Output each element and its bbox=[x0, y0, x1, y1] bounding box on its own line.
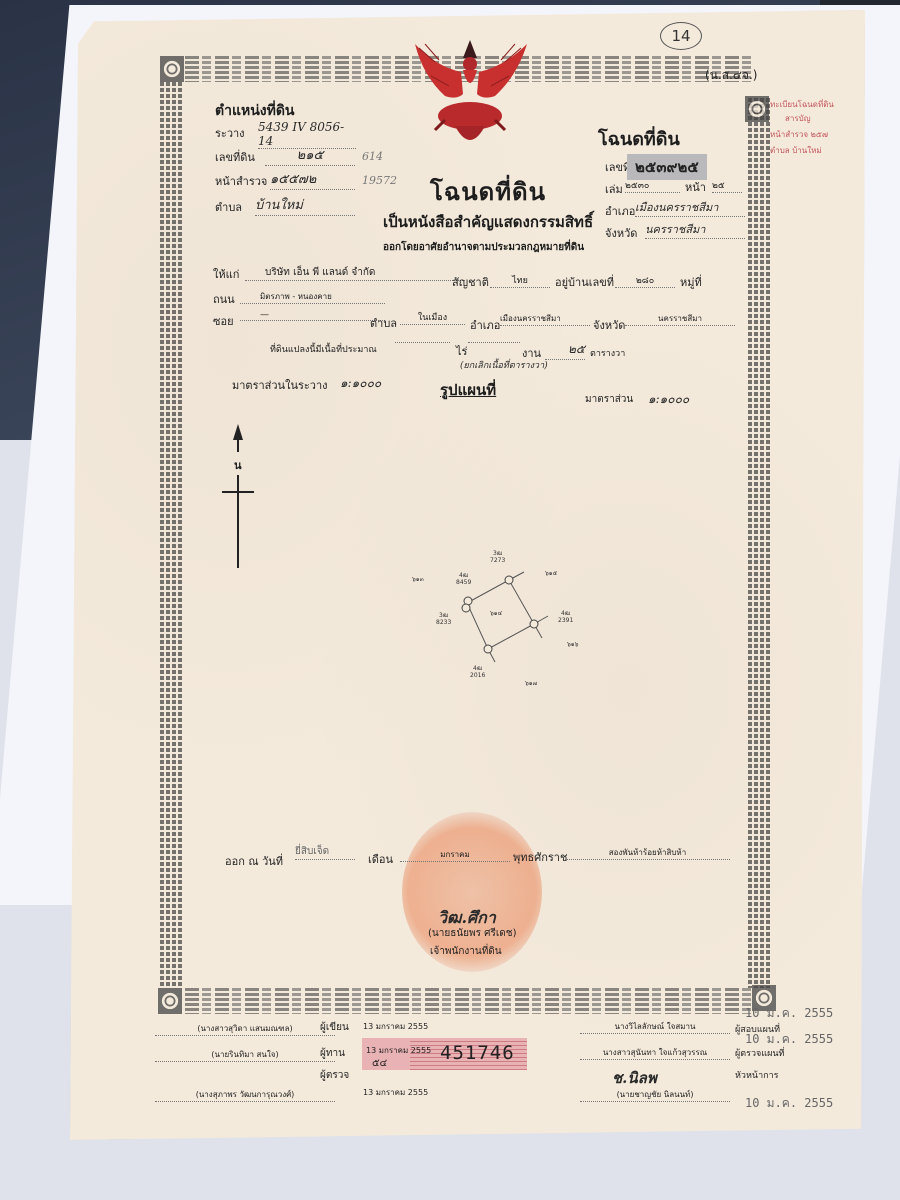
area-note: (ยกเลิกเนื้อที่ตารางวา) bbox=[460, 358, 548, 372]
owner-to-label: ให้แก่ bbox=[213, 265, 239, 283]
parcel-no-label: เลขที่ดิน bbox=[215, 148, 255, 166]
issue-day: ยี่สิบเจ็ด bbox=[295, 844, 355, 860]
scale-left-value: ๑:๑๐๐๐ bbox=[340, 374, 381, 393]
border-left bbox=[160, 82, 184, 987]
parcel-no-value: ๒๑๕ bbox=[265, 144, 355, 166]
map-marker-label: 4ฒ8459 bbox=[456, 572, 471, 586]
house-no-label: อยู่บ้านเลขที่ bbox=[555, 273, 614, 291]
province-owner-label: จังหวัด bbox=[593, 316, 625, 334]
document-subtitle: เป็นหนังสือสำคัญแสดงกรรมสิทธิ์ bbox=[383, 210, 593, 234]
map-checker-stamp: 10 ม.ค. 2555 bbox=[745, 1004, 833, 1023]
issue-year-label: พุทธศักราช bbox=[513, 848, 567, 866]
nationality-value: ไทย bbox=[490, 273, 550, 288]
reviewer-role: ผู้ทาน bbox=[320, 1046, 345, 1061]
province-label: จังหวัด bbox=[605, 224, 637, 242]
serial-prefix: ๕๔ bbox=[372, 1056, 387, 1071]
owner-name: บริษัท เอ็น พี แลนด์ จำกัด bbox=[245, 265, 465, 281]
serial-number: 451746 bbox=[440, 1042, 515, 1064]
volume-value: ๒๕๓๐ bbox=[625, 178, 680, 193]
district-owner-label: อำเภอ bbox=[470, 316, 500, 334]
province-owner-value: นครราชสีมา bbox=[625, 312, 735, 326]
soi-label: ซอย bbox=[213, 312, 234, 330]
border-bottom bbox=[185, 988, 755, 1014]
area-label: ที่ดินแปลงนี้มีเนื้อที่ประมาณ bbox=[270, 342, 377, 356]
inspector-role: ผู้ตรวจ bbox=[320, 1068, 349, 1083]
house-no-value: ๒๘๐ bbox=[615, 273, 675, 288]
north-arrow-icon bbox=[220, 420, 260, 570]
issue-month-label: เดือน bbox=[368, 850, 393, 868]
issue-date-label: ออก ณ วันที่ bbox=[225, 852, 283, 870]
inspector-date: 13 มกราคม 2555 bbox=[363, 1086, 428, 1099]
map-adjacent-parcel: ๖๑๗ bbox=[525, 680, 537, 687]
area-sqwa-label: ตารางวา bbox=[590, 346, 625, 360]
road-value: มิตรภาพ - หนองคาย bbox=[240, 290, 385, 304]
border-right bbox=[748, 98, 772, 988]
subdistrict-label: ตำบล bbox=[215, 198, 242, 216]
border-corner-ornament bbox=[160, 56, 184, 82]
moo-label: หมู่ที่ bbox=[680, 273, 702, 291]
margin-note-line: ตำบล บ้านใหม่ bbox=[770, 144, 822, 157]
area-ngan-value bbox=[468, 342, 520, 343]
border-corner-ornament bbox=[745, 96, 769, 122]
map-adjacent-parcel: ๖๑๖ bbox=[567, 641, 578, 648]
north-label: น bbox=[234, 456, 242, 474]
reviewer-name: (นายรินทิมา สนใจ) bbox=[155, 1048, 335, 1062]
area-rai-value bbox=[395, 342, 450, 343]
road-label: ถนน bbox=[213, 290, 235, 308]
page-value: ๒๕ bbox=[712, 178, 742, 193]
chief-name: (นายชาญชัย นิลนนท์) bbox=[580, 1088, 730, 1102]
garuda-emblem-icon bbox=[405, 36, 535, 156]
deed-title-right: โฉนดที่ดิน bbox=[598, 124, 680, 153]
district-value: เมืองนครราชสีมา bbox=[635, 198, 745, 217]
page-label: หน้า bbox=[685, 178, 706, 196]
area-sqwa-value: ๒๕ bbox=[545, 340, 585, 360]
scale-right-value: ๑:๑๐๐๐ bbox=[648, 390, 689, 409]
officer-name: (นายธนัยพร ศรีเดช) bbox=[428, 926, 516, 941]
map-marker-label: 4ฒ2016 bbox=[470, 665, 485, 679]
map-adjacent-parcel: ๖๑๕ bbox=[545, 570, 557, 577]
inspector-name: (นางสุภาพร วัฒนการุณวงศ์) bbox=[155, 1088, 335, 1102]
land-location-title: ตำแหน่งที่ดิน bbox=[215, 100, 295, 122]
deed-number: ๒๕๓๙๒๕ bbox=[627, 154, 707, 180]
form-code: (น.ส.๔จ.) bbox=[705, 66, 757, 85]
map-marker-label: 3ฒ7273 bbox=[490, 550, 505, 564]
province-value: นครราชสีมา bbox=[645, 220, 745, 239]
district-label: อำเภอ bbox=[605, 202, 635, 220]
soi-value: — bbox=[240, 310, 385, 321]
margin-note-line: สารบัญ bbox=[785, 112, 811, 125]
nationality-label: สัญชาติ bbox=[452, 273, 489, 291]
map-marker-label: 3ฒ8233 bbox=[436, 612, 451, 626]
map-inspector-name: นางสาวสุนันทา ใจแก้วสุวรรณ bbox=[580, 1046, 730, 1060]
chief-role: หัวหน้าการ bbox=[735, 1068, 778, 1082]
map-inspector-stamp: 10 ม.ค. 2555 bbox=[745, 1030, 833, 1049]
subdistrict-owner-value: ในเมือง bbox=[400, 310, 465, 325]
district-owner-value: เมืองนครราชสีมา bbox=[500, 312, 590, 326]
document-legal-basis: ออกโดยอาศัยอำนาจตามประมวลกฎหมายที่ดิน bbox=[383, 240, 584, 255]
scale-right-label: มาตราส่วน bbox=[585, 392, 633, 407]
border-corner-ornament bbox=[158, 988, 182, 1014]
map-title: รูปแผนที่ bbox=[440, 378, 496, 402]
map-checker-name: นางวิไลลักษณ์ ใจสมาน bbox=[580, 1020, 730, 1034]
map-parcel-center: ๖๑๔ bbox=[490, 610, 502, 617]
page-marker-circle: 14 bbox=[660, 22, 702, 50]
scale-left-label: มาตราส่วนในระวาง bbox=[232, 376, 328, 394]
subdistrict-owner-label: ตำบล bbox=[370, 314, 397, 332]
margin-note-line: ทะเบียนโฉนดที่ดิน bbox=[770, 98, 834, 111]
subdistrict-value: บ้านใหม่ bbox=[255, 194, 355, 216]
chief-signature: ช.นิลพ bbox=[612, 1066, 657, 1090]
margin-note-line: หน้าสำรวจ ๒๕๗ bbox=[770, 128, 828, 141]
map-adjacent-parcel: ๖๑๓ bbox=[412, 576, 424, 583]
writer-name: (นางสาวสุวิดา แสนมณฑล) bbox=[155, 1022, 335, 1036]
officer-title: เจ้าพนักงานที่ดิน bbox=[430, 944, 502, 959]
issue-year: สองพันห้าร้อยห้าสิบห้า bbox=[565, 846, 730, 860]
writer-date: 13 มกราคม 2555 bbox=[363, 1020, 428, 1033]
sheet-label: ระวาง bbox=[215, 124, 245, 142]
survey-page-value: ๑๕๕๗๒ bbox=[270, 168, 355, 190]
survey-page-label: หน้าสำรวจ bbox=[215, 172, 267, 190]
map-marker-label: 4ฒ2391 bbox=[558, 610, 573, 624]
volume-label: เล่ม bbox=[605, 180, 623, 198]
issue-month: มกราคม bbox=[400, 848, 510, 862]
survey-page-note: 19572 bbox=[362, 174, 397, 187]
document-title: โฉนดที่ดิน bbox=[430, 172, 546, 211]
chief-stamp: 10 ม.ค. 2555 bbox=[745, 1094, 833, 1113]
writer-role: ผู้เขียน bbox=[320, 1020, 349, 1035]
parcel-no-note: 614 bbox=[362, 150, 383, 163]
